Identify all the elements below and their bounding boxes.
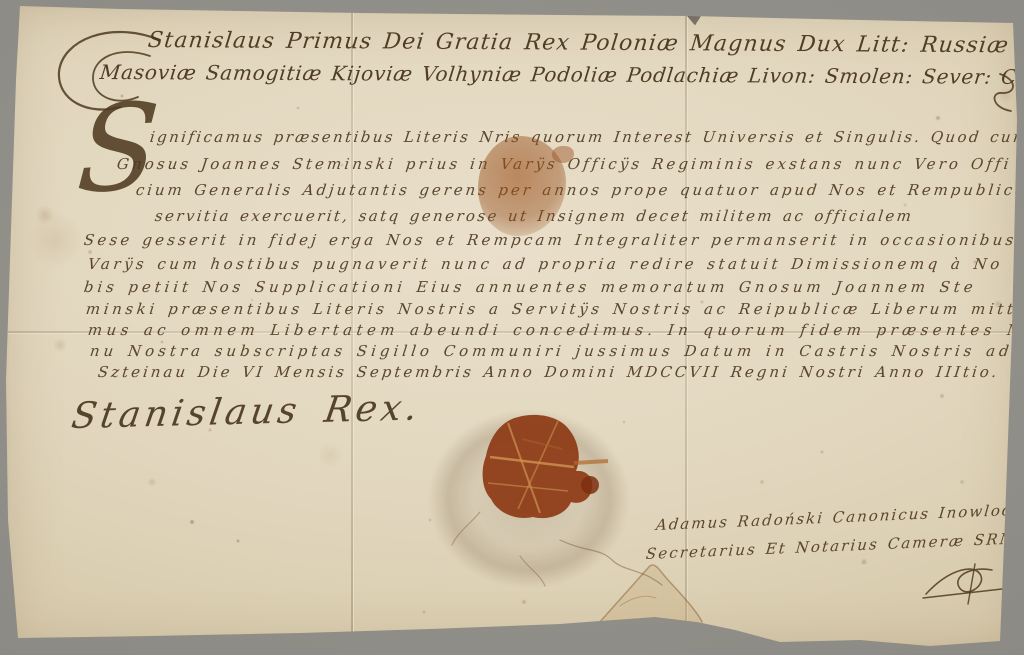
- body-line: nu Nostra subscriptas Sigillo Communiri …: [89, 342, 1014, 360]
- secretary-paraph: [920, 558, 1008, 606]
- secretary-line-1: Adamus Radoński Canonicus Inowlodensis: [655, 499, 1024, 534]
- body-line: minski præsentibus Literis Nostris a Ser…: [85, 300, 1024, 318]
- wax-seal-remnant: [470, 405, 620, 530]
- body-line: mus ac omnem Libertatem abeundi concedim…: [87, 321, 1024, 339]
- top-edge-tear-notch: [684, 13, 704, 26]
- body-line: Szteinau Die VI Mensis Septembris Anno D…: [97, 363, 1001, 381]
- body-line: Sese gesserit in fidej erga Nos et Rempc…: [83, 231, 1018, 249]
- body-line: Varÿs cum hostibus pugnaverit nunc ad pr…: [87, 255, 1004, 273]
- header-line-1: Stanislaus Primus Dei Gratia Rex Poloniæ…: [147, 28, 1024, 59]
- secretary-line-2: Secretarius Et Notarius Cameræ SRMttis: [645, 528, 1024, 563]
- bottom-edge-water-stain: [590, 558, 710, 628]
- header-line-2: Masoviæ Samogitiæ Kijoviæ Volhyniæ Podol…: [99, 60, 1024, 89]
- body-line: bis petiit Nos Supplicationi Eius annuen…: [83, 278, 978, 296]
- body-line: ignificamus præsentibus Literis Nris quo…: [149, 128, 1024, 146]
- document-paper: Stanislaus Primus Dei Gratia Rex Poloniæ…: [0, 0, 1024, 655]
- photo-background: Stanislaus Primus Dei Gratia Rex Poloniæ…: [0, 0, 1024, 655]
- body-line: cium Generalis Adjutantis gerens per ann…: [135, 181, 1024, 199]
- royal-signature: Stanislaus Rex.: [69, 387, 424, 437]
